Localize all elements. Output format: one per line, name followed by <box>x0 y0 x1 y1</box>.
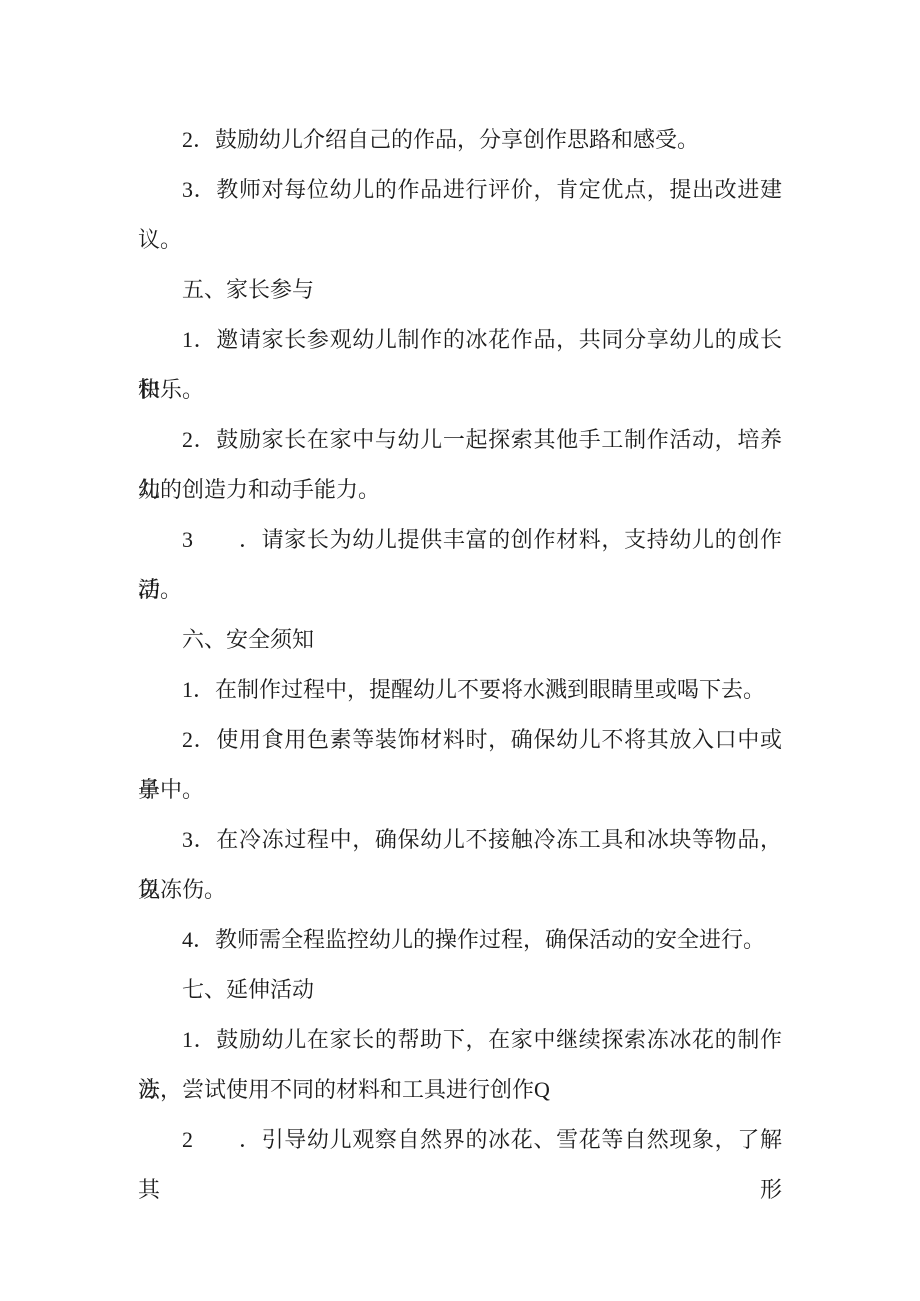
text-line: 儿的创造力和动手能力。 <box>138 465 782 515</box>
text-line: 3 ．请家长为幼儿提供丰富的创作材料，支持幼儿的创作活 <box>138 515 782 565</box>
text-line: 3．教师对每位幼儿的作品进行评价，肯定优点，提出改进建 <box>138 165 782 215</box>
text-line: 1．邀请家长参观幼儿制作的冰花作品，共同分享幼儿的成长和 <box>138 315 782 365</box>
text-line: 4．教师需全程监控幼儿的操作过程，确保活动的安全进行。 <box>138 915 782 965</box>
text-line: 2．使用食用色素等装饰材料时，确保幼儿不将其放入口中或鼻 <box>138 715 782 765</box>
text-line: 3．在冷冻过程中，确保幼儿不接触冷冻工具和冰块等物品，以 <box>138 815 782 865</box>
text-line: 1．在制作过程中，提醒幼儿不要将水溅到眼睛里或喝下去。 <box>138 665 782 715</box>
text-line: 五、家长参与 <box>138 265 782 315</box>
text-line: 2．鼓励幼儿介绍自己的作品，分享创作思路和感受。 <box>138 115 782 165</box>
text-line: 法，尝试使用不同的材料和工具进行创作Q <box>138 1065 782 1115</box>
text-line: 免冻伤。 <box>138 865 782 915</box>
document-body: 2．鼓励幼儿介绍自己的作品，分享创作思路和感受。3．教师对每位幼儿的作品进行评价… <box>138 115 782 1165</box>
text-line: 2 ．引导幼儿观察自然界的冰花、雪花等自然现象，了解其形 <box>138 1115 782 1165</box>
text-line: 1．鼓励幼儿在家长的帮助下，在家中继续探索冻冰花的制作方 <box>138 1015 782 1065</box>
text-line: 七、延伸活动 <box>138 965 782 1015</box>
text-line: 快乐。 <box>138 365 782 415</box>
text-line: 2．鼓励家长在家中与幼儿一起探索其他手工制作活动，培养幼 <box>138 415 782 465</box>
text-line: 子中。 <box>138 765 782 815</box>
text-line: 动。 <box>138 565 782 615</box>
document-page: 2．鼓励幼儿介绍自己的作品，分享创作思路和感受。3．教师对每位幼儿的作品进行评价… <box>0 0 920 1301</box>
text-line: 议。 <box>138 215 782 265</box>
text-line: 六、安全须知 <box>138 615 782 665</box>
